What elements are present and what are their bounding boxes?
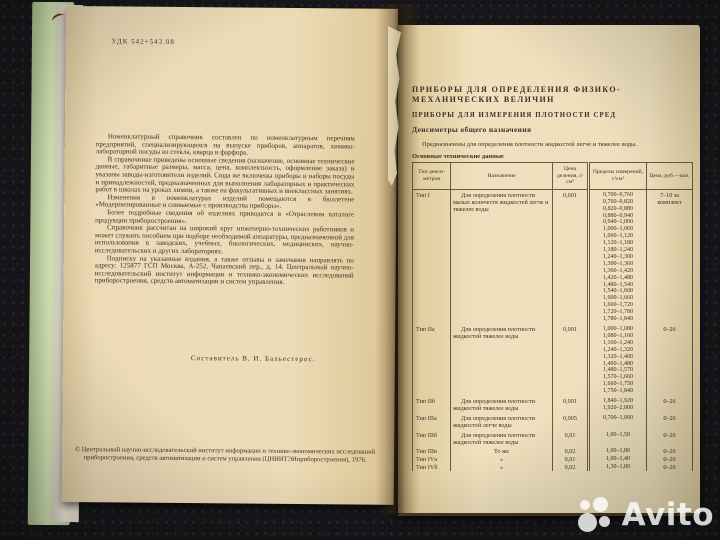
subsection-title: Денсиметры общего назначения <box>412 125 692 134</box>
cell-ranges: 0,700–1,000 <box>589 413 647 430</box>
cell-type: Тип IIIб <box>413 430 451 447</box>
cell-division: 0,02 <box>553 463 589 471</box>
table-row: Тип IIIв То же 0,02 1,00–1,80 0–26 <box>413 447 693 455</box>
cell-division: 0,01 <box>553 430 589 447</box>
paragraph: В справочнике приведены основные сведени… <box>95 156 354 196</box>
cell-purpose: Для определения плотности жидкостей тяже… <box>451 324 553 396</box>
annotation-text: Номенклатурный справочник составлен по н… <box>95 133 355 287</box>
column-header-ranges: Пределы измерений, г/см³ <box>589 163 647 190</box>
cell-price: 0–26 <box>647 413 693 430</box>
cell-type: Тип IVб <box>413 463 451 471</box>
avito-wordmark: Avito <box>622 500 714 531</box>
cell-purpose: » <box>451 455 553 463</box>
copyright-notice: © Центральный научно-исследовательский и… <box>74 446 376 465</box>
cell-ranges: 1,00–1,80 <box>589 447 647 455</box>
table-header-row: Тип денси­метров Назначение Цена деления… <box>413 163 693 190</box>
cell-ranges: 1,00–1,40 <box>589 455 647 463</box>
table-row: Тип IIIа Для определения плотности жидко… <box>413 413 693 430</box>
cell-division: 0,01 <box>553 455 589 463</box>
cell-division: 0,005 <box>553 413 589 430</box>
cell-ranges: 1,840–1,920 1,920–2,000 <box>589 396 647 413</box>
cell-ranges: 0,700–0,760 0,760–0,820 0,820–0,880 0,88… <box>589 189 647 324</box>
avito-logo-icon <box>578 497 615 534</box>
table-row: Тип I Для определения плотности малых ко… <box>413 189 693 324</box>
udk-code: УДК 542+543.08 <box>112 37 175 46</box>
section-title: ПРИБОРЫ ДЛЯ ИЗМЕРЕНИЯ ПЛОТНОСТИ СРЕД <box>412 112 692 119</box>
table-row: Тип IIб Для определения плотности жидкос… <box>413 396 693 413</box>
cell-division: 0,001 <box>553 396 589 413</box>
paragraph: Справочник рассчитан на широкий круг инж… <box>95 224 354 257</box>
cell-price: 0–26 <box>647 463 693 471</box>
cell-type: Тип IIIв <box>413 447 451 455</box>
cell-type: Тип IIб <box>413 396 451 413</box>
chapter-title: ПРИБОРЫ ДЛЯ ОПРЕДЕЛЕНИЯ ФИЗИКО-МЕХАНИЧЕС… <box>412 85 692 105</box>
specs-table: Тип денси­метров Назначение Цена деления… <box>412 162 693 471</box>
cell-price: 0–26 <box>647 324 693 396</box>
cell-price: 0–26 <box>647 447 693 455</box>
cell-purpose: Для определения плотности жидкостей тяже… <box>451 396 553 413</box>
table-row: Тип IVа » 0,01 1,00–1,40 0–26 <box>413 455 693 463</box>
table-row: Тип IVб » 0,02 1,30–1,80 0–26 <box>413 463 693 471</box>
cell-price: 0–26 <box>647 430 693 447</box>
avito-watermark: Avito <box>578 497 714 534</box>
cell-purpose: Для определения плотности малых количест… <box>451 189 553 324</box>
column-header-price: Цена, руб.—коп. <box>647 163 693 190</box>
cell-type: Тип IIIа <box>413 413 451 430</box>
left-page: УДК 542+543.08 Номенклатурный справочник… <box>62 6 398 505</box>
cell-price: 7–10 за комплект <box>647 189 693 324</box>
cell-division: 0,02 <box>553 447 589 455</box>
compiler-line: Составитель В. И. Бальестерос. <box>191 354 316 363</box>
cell-purpose: » <box>451 463 553 471</box>
table-caption: Основные технические данные <box>412 153 692 160</box>
cell-purpose: Для определения плотности жидкостей тяже… <box>451 430 553 447</box>
intro-text: Предназначены для определения плотности … <box>412 141 692 148</box>
right-page: ПРИБОРЫ ДЛЯ ОПРЕДЕЛЕНИЯ ФИЗИКО-МЕХАНИЧЕС… <box>398 25 700 513</box>
cell-type: Тип IIа <box>413 324 451 396</box>
book-photo: УДК 542+543.08 Номенклатурный справочник… <box>0 0 720 540</box>
cell-price: 0–26 <box>647 396 693 413</box>
cell-division: 0,001 <box>553 189 589 324</box>
paragraph: Номенклатурный справочник составлен по н… <box>96 133 355 158</box>
cell-purpose: Для определения плотности жидкостей легч… <box>451 413 553 430</box>
column-header-type: Тип денси­метров <box>413 163 451 190</box>
paragraph: Подписку на указанные издания, а также о… <box>95 255 354 288</box>
cell-type: Тип I <box>413 189 451 324</box>
table-row: Тип IIа Для определения плотности жидкос… <box>413 324 693 396</box>
column-header-purpose: Назначение <box>451 163 553 190</box>
table-row: Тип IIIб Для определения плотности жидко… <box>413 430 693 447</box>
cell-division: 0,001 <box>553 324 589 396</box>
cell-ranges: 1,00–1,50 <box>589 430 647 447</box>
cell-purpose: То же <box>451 447 553 455</box>
right-page-content: ПРИБОРЫ ДЛЯ ОПРЕДЕЛЕНИЯ ФИЗИКО-МЕХАНИЧЕС… <box>412 85 692 471</box>
cell-ranges: 1,30–1,80 <box>589 463 647 471</box>
cell-ranges: 1,000–1,080 1,080–1,160 1,160–1,240 1,24… <box>589 324 647 396</box>
cell-type: Тип IVа <box>413 455 451 463</box>
cell-price: 0–26 <box>647 455 693 463</box>
column-header-division: Цена деления, г/см³ <box>553 163 589 190</box>
